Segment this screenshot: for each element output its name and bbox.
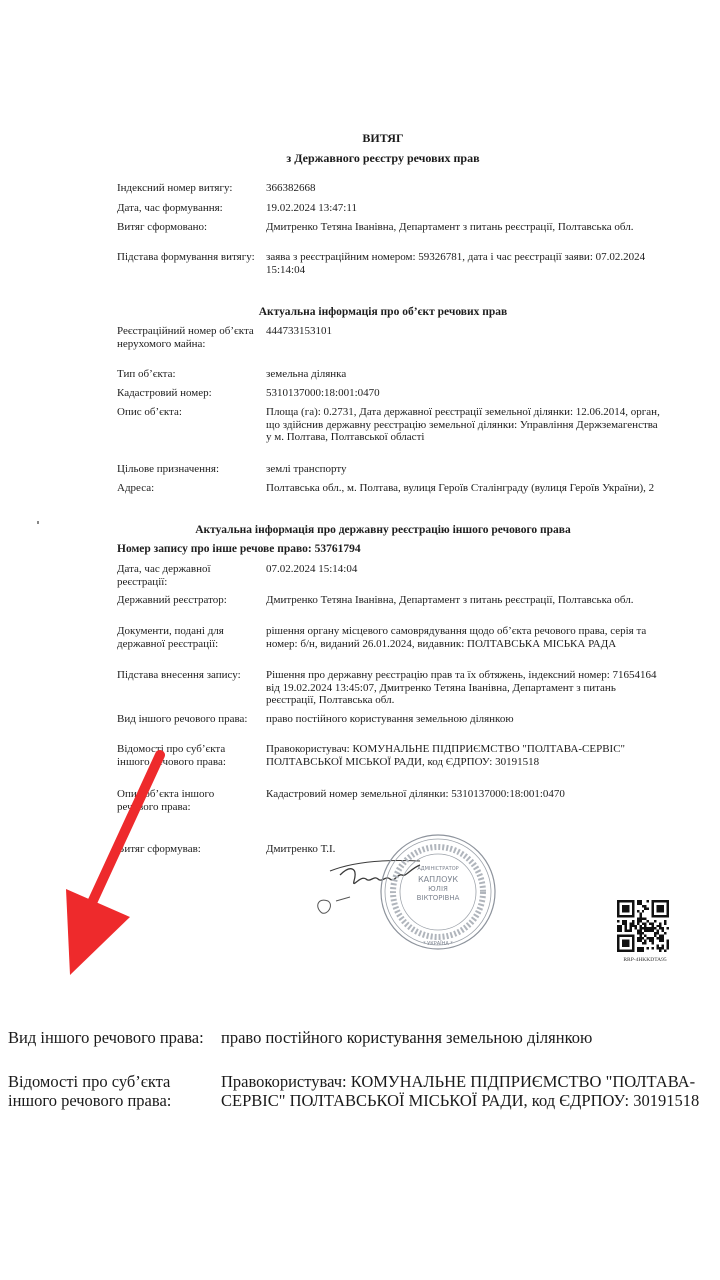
red-arrow-icon bbox=[0, 0, 720, 1280]
annotation-layer bbox=[0, 0, 720, 1280]
